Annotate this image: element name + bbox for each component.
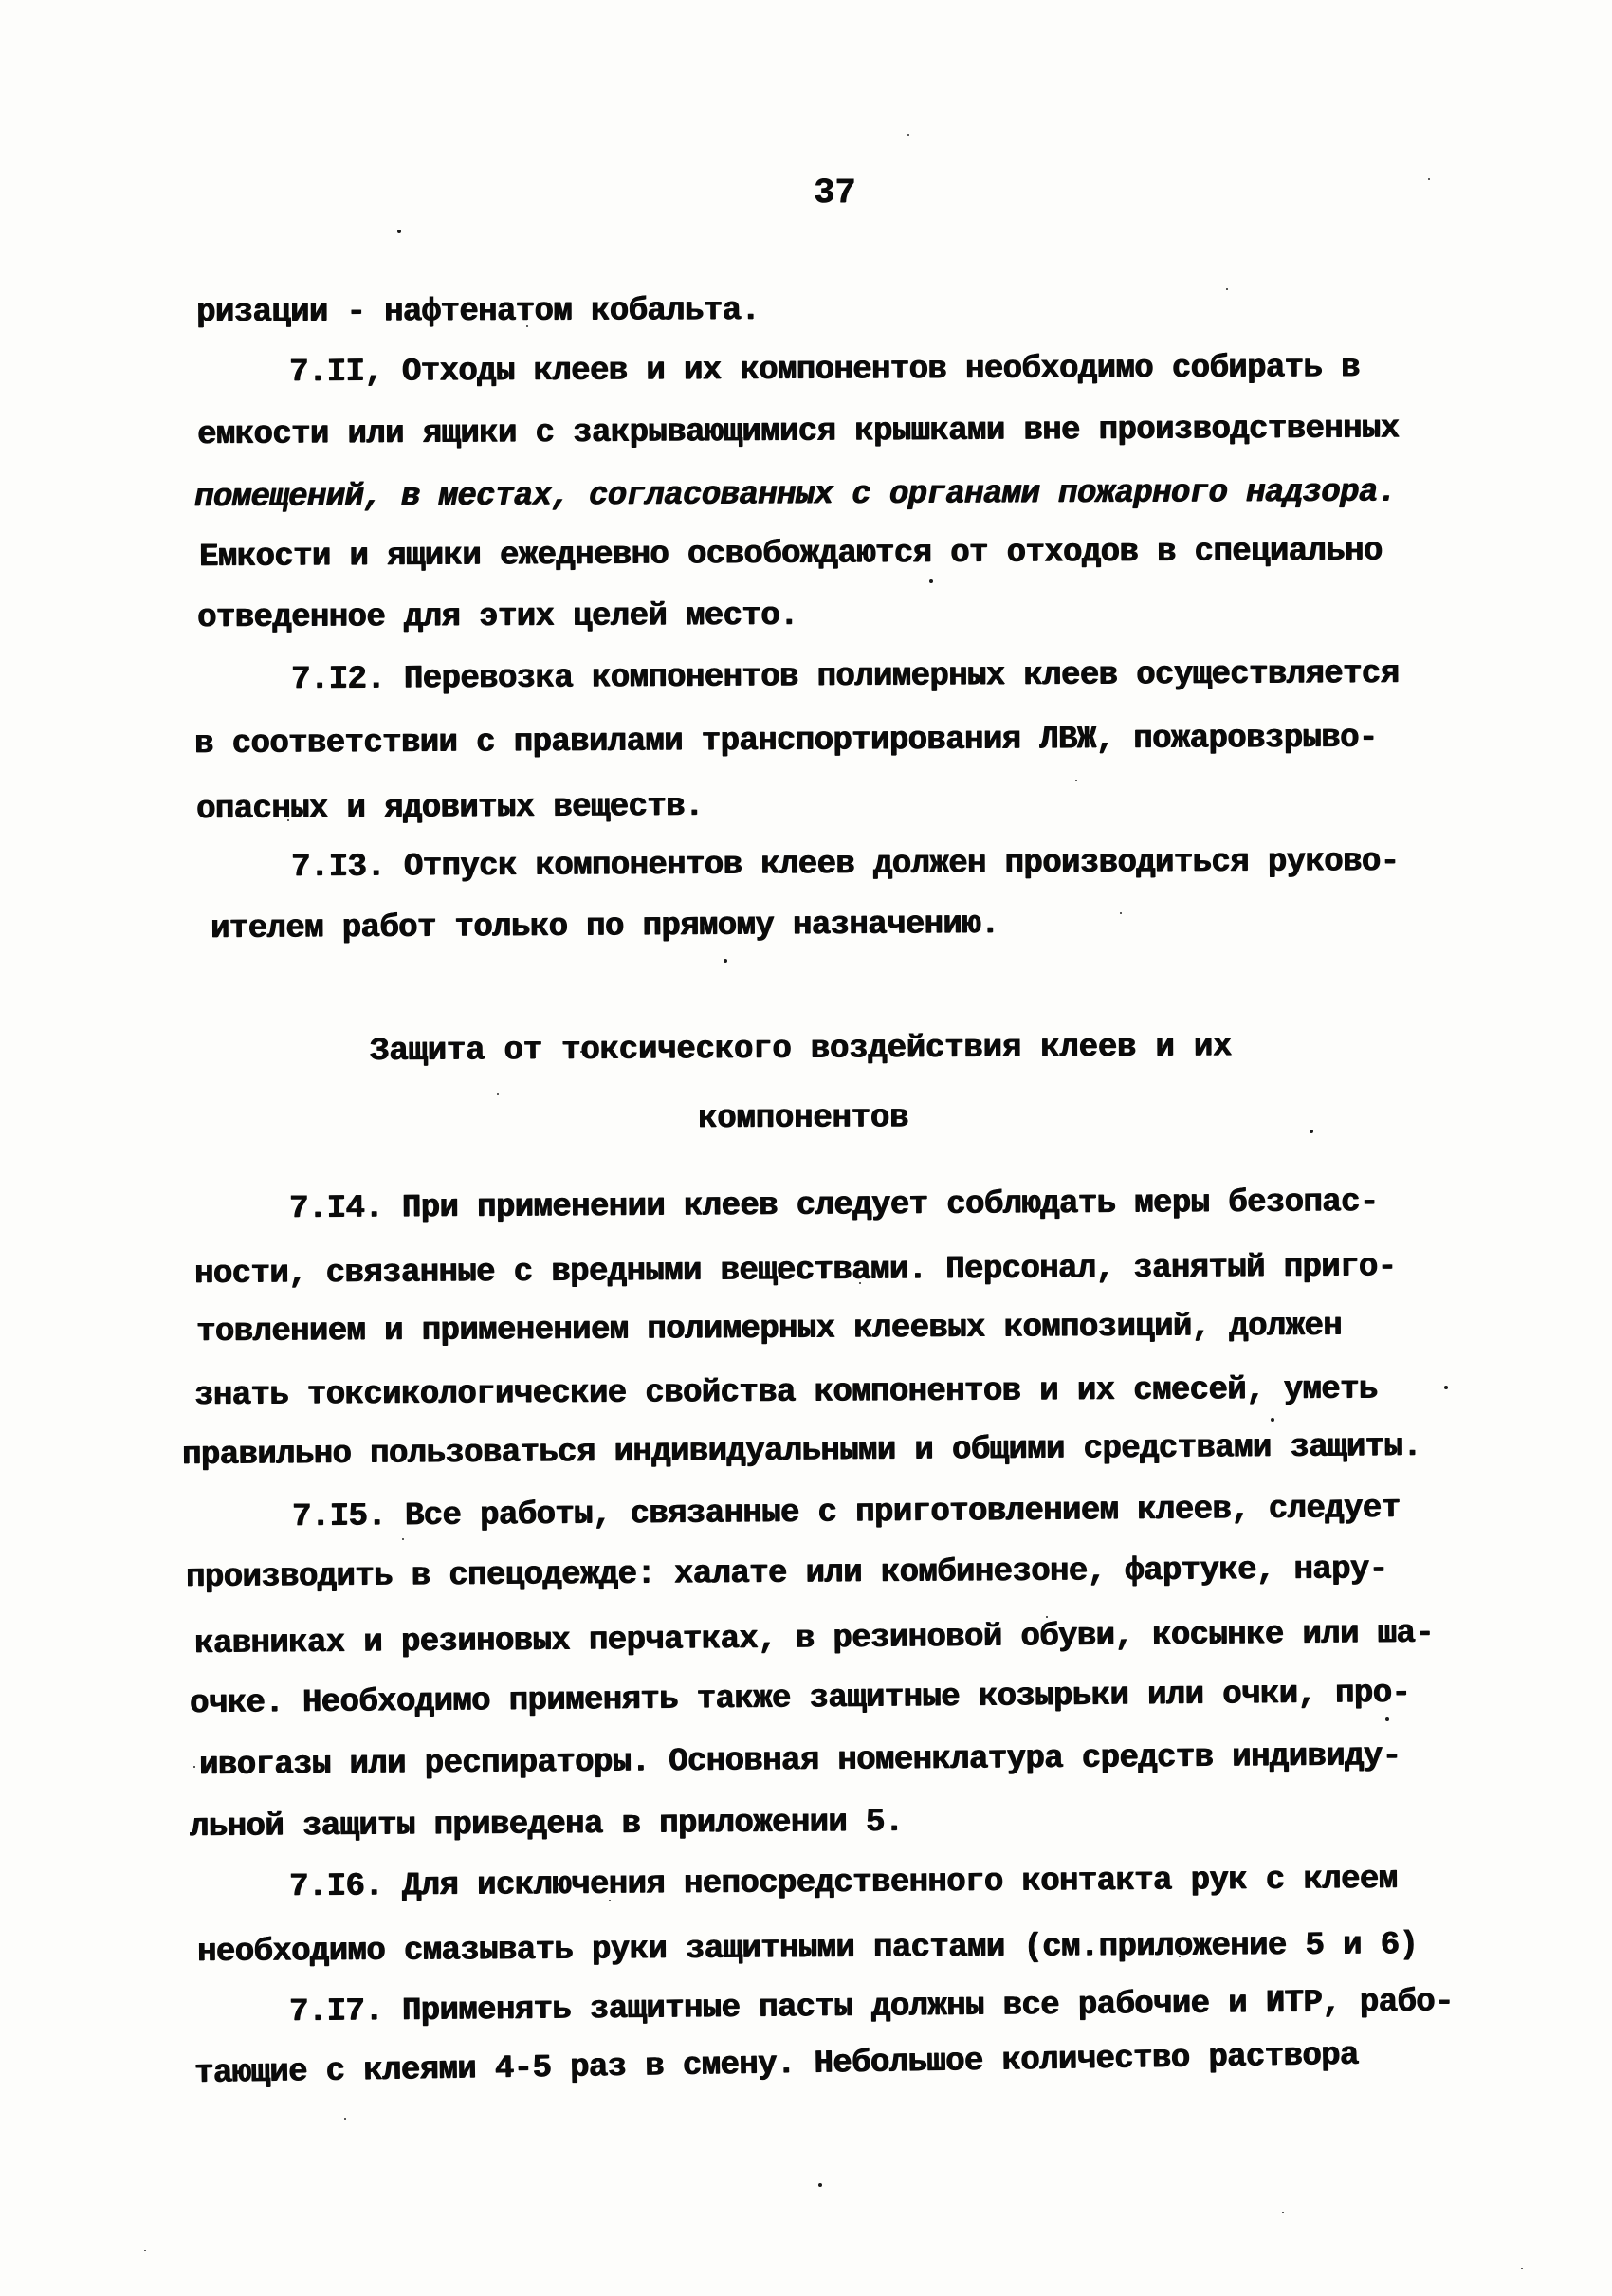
text-line: 7.I3. Отпуск компонентов клеев должен пр… bbox=[291, 845, 1400, 887]
text-line: производить в спецодежде: халате или ком… bbox=[186, 1552, 1388, 1596]
text-line: 7.I6. Для исключения непосредственного к… bbox=[289, 1863, 1398, 1906]
text-line: ивогазы или респираторы. Основная номенк… bbox=[199, 1739, 1401, 1784]
text-line: 7.I2. Перевозка компонентов полимерных к… bbox=[291, 657, 1400, 699]
text-line: ности, связанные с вредными веществами. … bbox=[194, 1250, 1397, 1293]
text-line: знать токсикологические свойства компоне… bbox=[194, 1372, 1378, 1414]
text-line: правильно пользоваться индивидуальными и… bbox=[182, 1430, 1421, 1475]
text-line: 7.I7. Применять защитные пасты должны вс… bbox=[289, 1985, 1454, 2030]
text-line: опасных и ядовитых веществ. bbox=[196, 790, 704, 829]
text-line: ителем работ только по прямому назначени… bbox=[211, 908, 999, 947]
text-line: очке. Необходимо применять также защитны… bbox=[190, 1677, 1410, 1723]
scan-noise-specks bbox=[0, 0, 2, 2]
text-line: емкости или ящики с закрывающимися крышк… bbox=[197, 412, 1400, 453]
text-line: ризации - нафтенатом кобальта. bbox=[196, 294, 760, 331]
text-line: в соответствии с правилами транспортиров… bbox=[194, 721, 1378, 762]
text-line: Емкости и ящики ежедневно освобождаются … bbox=[199, 534, 1383, 576]
text-line: 7.I5. Все работы, связанные с приготовле… bbox=[292, 1492, 1401, 1536]
text-line: льной защиты приведена в приложении 5. bbox=[190, 1806, 904, 1846]
text-line: товлением и применением полимерных клеев… bbox=[196, 1310, 1342, 1351]
text-line: необходимо смазывать руки защитными паст… bbox=[197, 1928, 1418, 1971]
text-line: 7.II, Отходы клеев и их компонентов необ… bbox=[289, 351, 1360, 391]
section-heading-line: Защита от токсического воздействия клеев… bbox=[370, 1030, 1232, 1070]
section-heading-line: компонентов bbox=[698, 1101, 908, 1137]
text-line: помещений, в местах, согласованных с орг… bbox=[194, 475, 1397, 516]
text-line: 7.I4. При применении клеев следует соблю… bbox=[289, 1185, 1379, 1227]
text-layer: ризации - нафтенатом кобальта.7.II, Отхо… bbox=[0, 0, 1612, 2296]
document-page: 37 ризации - нафтенатом кобальта.7.II, О… bbox=[0, 0, 1612, 2296]
text-line: кавниках и резиновых перчатках, в резино… bbox=[194, 1617, 1434, 1663]
text-line: отведенное для этих целей место. bbox=[197, 599, 798, 637]
text-line: тающие с клеями 4-5 раз в смену. Небольш… bbox=[194, 2039, 1359, 2093]
